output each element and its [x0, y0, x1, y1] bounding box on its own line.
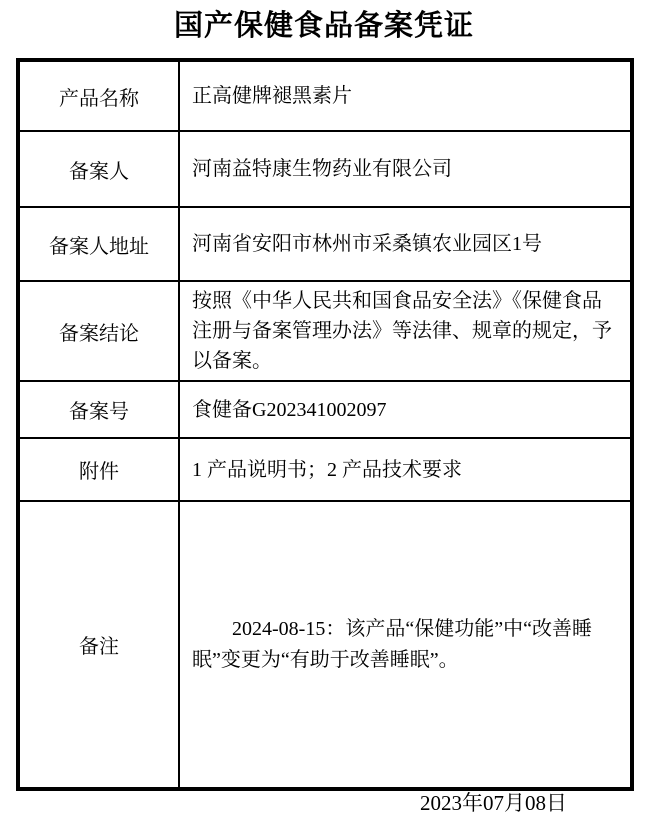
table-row-filing-number: 备案号 食健备G202341002097 [18, 381, 632, 438]
remarks-value-cell: 2024-08-15：该产品“保健功能”中“改善睡眠”变更为“有助于改善睡眠”。 [179, 501, 632, 789]
attachments-label: 附件 [18, 438, 179, 501]
page-title: 国产保健食品备案凭证 [0, 3, 648, 44]
filing-conclusion-label: 备案结论 [18, 281, 179, 381]
table-row-product-name: 产品名称 正高健牌褪黑素片 [18, 60, 632, 131]
filing-number-label: 备案号 [18, 381, 179, 438]
table-row-registrant: 备案人 河南益特康生物药业有限公司 [18, 131, 632, 207]
filing-number-value: 食健备G202341002097 [179, 381, 632, 438]
registrant-address-label: 备案人地址 [18, 207, 179, 281]
remarks-text: 2024-08-15：该产品“保健功能”中“改善睡眠”变更为“有助于改善睡眠”。 [192, 614, 620, 676]
filing-conclusion-value: 按照《中华人民共和国食品安全法》《保健食品注册与备案管理办法》等法律、规章的规定… [179, 281, 632, 381]
table-row-filing-conclusion: 备案结论 按照《中华人民共和国食品安全法》《保健食品注册与备案管理办法》等法律、… [18, 281, 632, 381]
registrant-address-value: 河南省安阳市林州市采桑镇农业园区1号 [179, 207, 632, 281]
table-row-registrant-address: 备案人地址 河南省安阳市林州市采桑镇农业园区1号 [18, 207, 632, 281]
certificate-table: 产品名称 正高健牌褪黑素片 备案人 河南益特康生物药业有限公司 备案人地址 河南… [16, 58, 634, 791]
registrant-value: 河南益特康生物药业有限公司 [179, 131, 632, 207]
table-row-attachments: 附件 1 产品说明书；2 产品技术要求 [18, 438, 632, 501]
issue-date: 2023年07月08日 [420, 787, 567, 817]
product-name-label: 产品名称 [18, 60, 179, 131]
certificate-page: { "page": { "title": "国产保健食品备案凭证", "back… [0, 0, 648, 820]
table-row-remarks: 备注 2024-08-15：该产品“保健功能”中“改善睡眠”变更为“有助于改善睡… [18, 501, 632, 789]
remarks-label: 备注 [18, 501, 179, 789]
product-name-value: 正高健牌褪黑素片 [179, 60, 632, 131]
attachments-value: 1 产品说明书；2 产品技术要求 [179, 438, 632, 501]
registrant-label: 备案人 [18, 131, 179, 207]
